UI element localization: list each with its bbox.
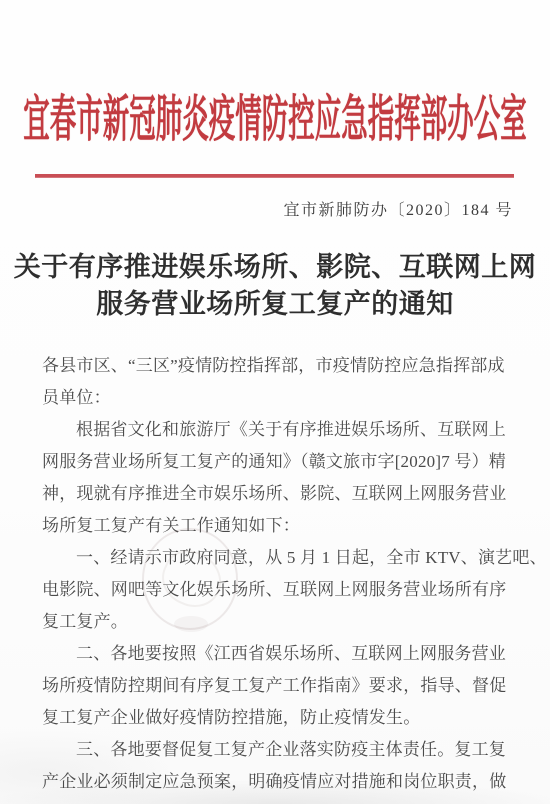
- body-line-salutation-2: 员单位：: [42, 382, 512, 414]
- body-line-item2-1: 二、各地要按照《江西省娱乐场所、互联网上网服务营业: [42, 638, 512, 670]
- body-line-item1-1: 一、经请示市政府同意，从 5 月 1 日起，全市 KTV、演艺吧、: [42, 542, 512, 574]
- body-line-para1-4: 场所复工复产有关工作通知如下：: [42, 510, 512, 542]
- letterhead-title: 宜春市新冠肺炎疫情防控应急指挥部办公室: [23, 79, 527, 151]
- letterhead: 宜春市新冠肺炎疫情防控应急指挥部办公室: [0, 82, 550, 148]
- body-line-item2-2: 场所疫情防控期间有序复工复产工作指南》要求，指导、督促: [42, 670, 512, 702]
- body-line-para1-3: 神，现就有序推进全市娱乐场所、影院、互联网上网服务营业: [42, 478, 512, 510]
- body-line-item2-3: 复工复产企业做好疫情防控措施，防止疫情发生。: [42, 702, 512, 734]
- body-line-para1-1: 根据省文化和旅游厅《关于有序推进娱乐场所、互联网上: [42, 414, 512, 446]
- body-line-para1-2: 网服务营业场所复工复产的通知》（赣文旅市字[2020]7 号）精: [42, 446, 512, 478]
- body-line-salutation-1: 各县市区、“三区”疫情防控指挥部，市疫情防控应急指挥部成: [42, 350, 512, 382]
- document-title-line2: 服务营业场所复工复产的通知: [0, 286, 550, 323]
- document-title: 关于有序推进娱乐场所、影院、互联网上网 服务营业场所复工复产的通知: [0, 249, 550, 323]
- red-double-rule: [35, 174, 514, 178]
- document-body: 各县市区、“三区”疫情防控指挥部，市疫情防控应急指挥部成 员单位： 根据省文化和…: [42, 350, 512, 798]
- body-line-item3-2: 产企业必须制定应急预案，明确疫情应对措施和岗位职责，做: [42, 766, 512, 798]
- body-line-item1-2: 电影院、网吧等文化娱乐场所、互联网上网服务营业场所有序: [42, 574, 512, 606]
- body-line-item1-3: 复工复产。: [42, 606, 512, 638]
- document-number: 宜市新肺防办〔2020〕184 号: [0, 197, 550, 220]
- body-line-item3-1: 三、各地要督促复工复产企业落实防疫主体责任。复工复: [42, 734, 512, 766]
- document-title-line1: 关于有序推进娱乐场所、影院、互联网上网: [0, 249, 550, 286]
- document-page: 宜春市新冠肺炎疫情防控应急指挥部办公室 宜市新肺防办〔2020〕184 号 关于…: [0, 0, 550, 804]
